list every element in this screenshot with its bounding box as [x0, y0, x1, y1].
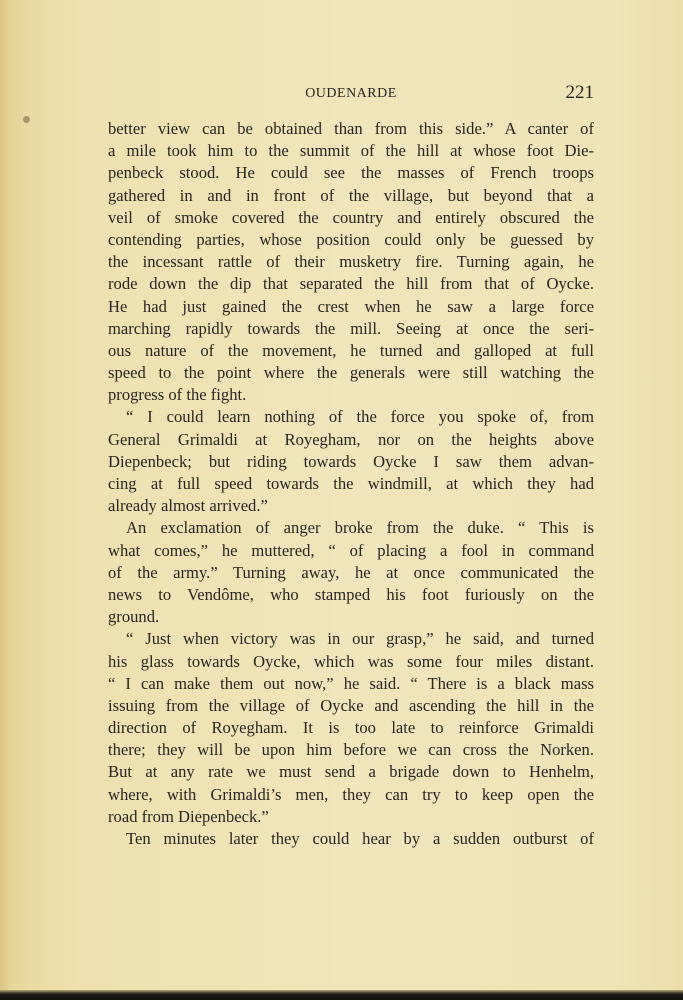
text-line: a mile took him to the summit of the hil…: [108, 140, 594, 162]
text-line: his glass towards Oycke, which was some …: [108, 651, 594, 673]
text-line: there; they will be upon him before we c…: [108, 739, 594, 761]
text-line: “ I could learn nothing of the force you…: [108, 406, 594, 428]
text-line: ground.: [108, 606, 594, 628]
text-line: gathered in and in front of the village,…: [108, 185, 594, 207]
running-title: OUDENARDE: [108, 86, 594, 102]
text-line: already almost arrived.”: [108, 495, 594, 517]
text-line: direction of Royegham. It is too late to…: [108, 717, 594, 739]
text-line: marching rapidly towards the mill. Seein…: [108, 318, 594, 340]
text-line: of the army.” Turning away, he at once c…: [108, 562, 594, 584]
page-number: 221: [566, 82, 595, 104]
paper-blemish: [23, 116, 30, 123]
text-line: Diepenbeck; but riding towards Oycke I s…: [108, 451, 594, 473]
text-line: General Grimaldi at Royegham, nor on the…: [108, 429, 594, 451]
text-line: Ten minutes later they could hear by a s…: [108, 828, 594, 850]
text-line: the incessant rattle of their musketry f…: [108, 251, 594, 273]
text-line: He had just gained the crest when he saw…: [108, 296, 594, 318]
text-line: better view can be obtained than from th…: [108, 118, 594, 140]
page-gutter-shadow: [0, 0, 10, 1000]
text-line: “ Just when victory was in our grasp,” h…: [108, 628, 594, 650]
text-line: contending parties, whose position could…: [108, 229, 594, 251]
text-line: what comes,” he muttered, “ of placing a…: [108, 540, 594, 562]
text-line: news to Vendôme, who stamped his foot fu…: [108, 584, 594, 606]
text-line: rode down the dip that separated the hil…: [108, 273, 594, 295]
text-line: An exclamation of anger broke from the d…: [108, 517, 594, 539]
text-line: penbeck stood. He could see the masses o…: [108, 162, 594, 184]
text-line: ous nature of the movement, he turned an…: [108, 340, 594, 362]
body-text: better view can be obtained than from th…: [108, 118, 594, 850]
text-line: road from Diepenbeck.”: [108, 806, 594, 828]
page-header: OUDENARDE 221: [108, 82, 594, 106]
text-line: cing at full speed towards the windmill,…: [108, 473, 594, 495]
text-line: veil of smoke covered the country and en…: [108, 207, 594, 229]
text-line: But at any rate we must send a brigade d…: [108, 761, 594, 783]
text-line: where, with Grimaldi’s men, they can try…: [108, 784, 594, 806]
text-line: progress of the fight.: [108, 384, 594, 406]
text-line: “ I can make them out now,” he said. “ T…: [108, 673, 594, 695]
text-line: speed to the point where the generals we…: [108, 362, 594, 384]
text-line: issuing from the village of Oycke and as…: [108, 695, 594, 717]
scan-bottom-edge: [0, 990, 683, 1000]
